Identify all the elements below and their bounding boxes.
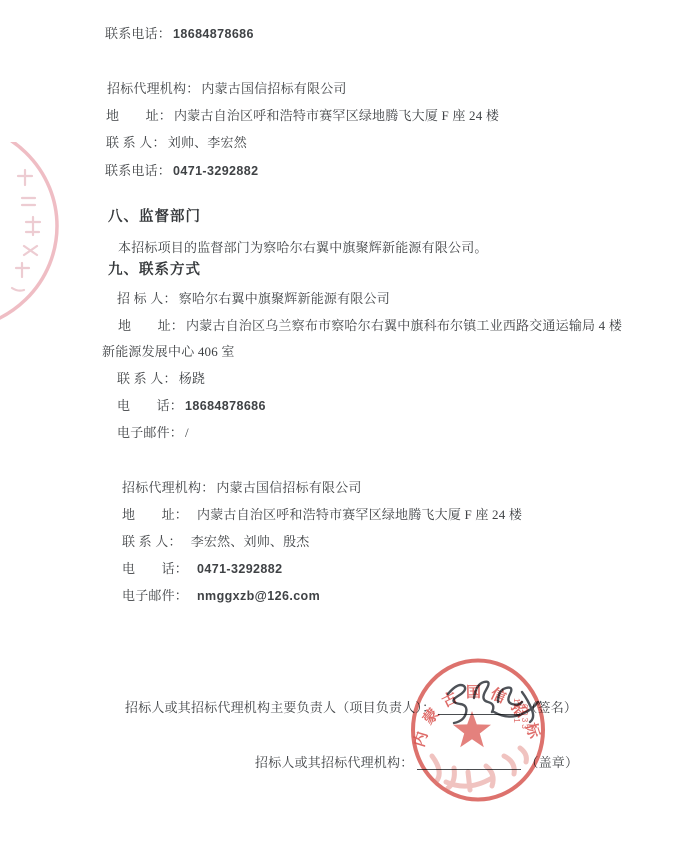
- field-value: 内蒙古国信招标有限公司: [216, 480, 361, 495]
- field-value: 内蒙古自治区呼和浩特市赛罕区绿地腾飞大厦 F 座 24 楼: [197, 507, 522, 522]
- section8-body: 本招标项目的监督部门为察哈尔右翼中旗聚辉新能源有限公司。: [118, 239, 488, 256]
- field-value: 内蒙古国信招标有限公司: [201, 81, 346, 96]
- field-value: 李宏然、刘帅、殷杰: [191, 534, 310, 549]
- agency-org-line: 招标代理机构：内蒙古国信招标有限公司: [107, 80, 347, 97]
- field-value: 内蒙古自治区乌兰察布市察哈尔右翼中旗科布尔镇工业西路交通运输局 4 楼: [186, 318, 622, 333]
- field-label: 电子邮件：: [117, 425, 183, 440]
- agency2-org-line: 招标代理机构：内蒙古国信招标有限公司: [122, 479, 362, 496]
- seal-bottom-faint-marks: [432, 748, 526, 790]
- field-value: /: [185, 425, 189, 440]
- field-value: 察哈尔右翼中旗聚辉新能源有限公司: [179, 291, 390, 306]
- field-label: 电子邮件：: [122, 588, 188, 603]
- field-label: 招 标 人：: [117, 291, 177, 306]
- tenderer-email-line: 电子邮件：/: [117, 424, 189, 441]
- tenderer-phone-line: 电 话：18684878686: [117, 397, 266, 415]
- field-label: 地 址：: [118, 318, 184, 333]
- partial-seal-faint-glyphs: [12, 170, 40, 291]
- field-value: 内蒙古自治区呼和浩特市赛罕区绿地腾飞大厦 F 座 24 楼: [174, 108, 499, 123]
- field-value: 杨跷: [179, 371, 205, 386]
- tenderer-contact-line: 联 系 人：杨跷: [117, 370, 205, 387]
- field-label: 联 系 人：: [122, 534, 182, 549]
- field-label: 联 系 人：: [117, 371, 177, 386]
- field-value: 0471-3292882: [197, 562, 282, 576]
- section9-heading: 九、联系方式: [108, 262, 201, 279]
- tenderer-name-line: 招 标 人：察哈尔右翼中旗聚辉新能源有限公司: [117, 290, 390, 307]
- field-label: 招标代理机构：: [107, 81, 199, 96]
- scanned-tender-document-page: 联系电话：18684878686 招标代理机构：内蒙古国信招标有限公司 地 址：…: [0, 0, 700, 842]
- field-value: 刘帅、李宏然: [168, 135, 247, 150]
- tenderer-address-line2: 新能源发展中心 406 室: [102, 343, 235, 360]
- field-label: 招标人或其招标代理机构：: [255, 755, 413, 770]
- signature-handwriting: [438, 668, 550, 730]
- agency-address-line: 地 址：内蒙古自治区呼和浩特市赛罕区绿地腾飞大厦 F 座 24 楼: [106, 107, 499, 124]
- field-label: 联 系 人：: [106, 135, 166, 150]
- agency2-phone-line: 电 话：0471-3292882: [122, 560, 282, 578]
- field-value: 0471-3292882: [173, 164, 258, 178]
- field-label: 地 址：: [106, 108, 172, 123]
- field-label: 地 址：: [122, 507, 188, 522]
- contact-phone-line-top: 联系电话：18684878686: [105, 25, 254, 43]
- agency-contact-line: 联 系 人：刘帅、李宏然: [106, 134, 247, 151]
- field-label: 电 话：: [122, 561, 188, 576]
- field-value: 18684878686: [173, 27, 254, 41]
- agency2-address-line: 地 址：内蒙古自治区呼和浩特市赛罕区绿地腾飞大厦 F 座 24 楼: [122, 506, 522, 523]
- field-label: 电 话：: [117, 398, 183, 413]
- partial-seal-left: [0, 142, 72, 332]
- field-label: 招标代理机构：: [122, 480, 214, 495]
- field-value: 18684878686: [185, 399, 266, 413]
- agency2-contact-line: 联 系 人：李宏然、刘帅、殷杰: [122, 533, 310, 550]
- field-label: 招标人或其招标代理机构主要负责人（项目负责人）：: [125, 700, 435, 715]
- tenderer-address-line1: 地 址：内蒙古自治区乌兰察布市察哈尔右翼中旗科布尔镇工业西路交通运输局 4 楼: [118, 317, 622, 334]
- section8-heading: 八、监督部门: [108, 209, 201, 226]
- agency-phone-line: 联系电话：0471-3292882: [105, 162, 258, 180]
- field-label: 联系电话：: [105, 26, 171, 41]
- field-value: nmggxzb@126.com: [197, 589, 320, 603]
- agency2-email-line: 电子邮件：nmggxzb@126.com: [122, 587, 320, 605]
- field-label: 联系电话：: [105, 163, 171, 178]
